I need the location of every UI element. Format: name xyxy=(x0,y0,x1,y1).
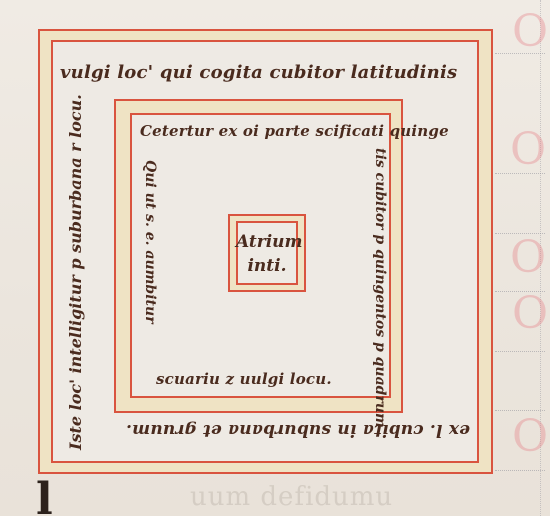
center-box-text-line1: Atrium xyxy=(236,232,298,252)
outer-left-inscription: Iste loc' intelligitur p suburbana r loc… xyxy=(66,94,85,450)
margin-ruling xyxy=(495,470,545,471)
middle-bottom-inscription: scuariu z uulgi locu. xyxy=(156,370,332,388)
middle-top-inscription: Cetertur ex oi parte scificati quinge xyxy=(140,122,449,140)
margin-ghost-letter: O xyxy=(510,236,546,280)
middle-left-inscription: Qui ut s. e. aumbitur xyxy=(142,160,158,324)
margin-ghost-letter: O xyxy=(512,415,548,459)
margin-ghost-letter: O xyxy=(512,10,548,54)
text-initial-letter: l xyxy=(36,478,53,516)
margin-ghost-letter: O xyxy=(512,292,548,336)
margin-ruling xyxy=(495,351,545,352)
outer-bottom-inscription: ex l. cubita in suburbana et gruum. xyxy=(126,420,470,440)
manuscript-page: qui ut sunt ex pe quoque ex uomeo in uin… xyxy=(0,0,550,516)
margin-ghost-letter: O xyxy=(510,128,546,172)
outer-top-inscription: vulgi loc' qui cogita cubitor latitudini… xyxy=(60,62,457,83)
middle-right-inscription: tis cubitor p quingentos p quadrum xyxy=(372,148,388,428)
bleed-through-text: uum defidumu xyxy=(190,482,393,512)
center-box-text-line2: inti. xyxy=(236,256,298,276)
